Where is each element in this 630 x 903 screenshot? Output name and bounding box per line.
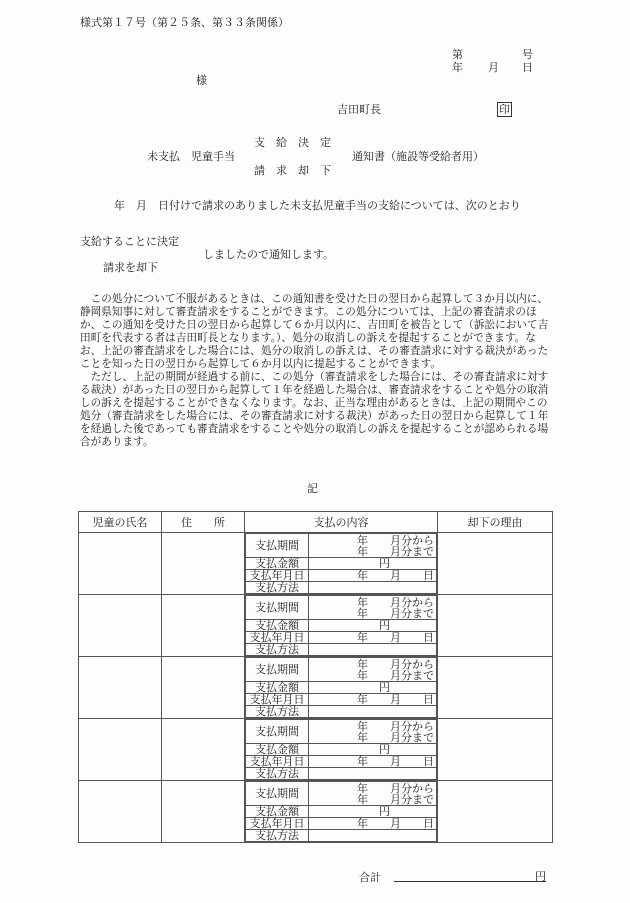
amount-value[interactable]: 円	[309, 744, 437, 756]
label-amount: 支払金額	[246, 620, 309, 632]
total-amount-field[interactable]	[394, 880, 546, 882]
payment-content-cell: 支払期間 年 月分から年 月分まで 支払金額 円 支払年月日 年 月 日 支払方…	[245, 595, 438, 657]
title-right: 通知書（施設等受給者用）	[352, 151, 484, 162]
header-child-name: 児童の氏名	[79, 512, 162, 533]
reason-cell[interactable]	[438, 533, 553, 595]
amount-value[interactable]: 円	[309, 620, 437, 632]
payment-content-cell: 支払期間 年 月分から年 月分まで 支払金額 円 支払年月日 年 月 日 支払方…	[245, 533, 438, 595]
child-name-cell[interactable]	[79, 657, 162, 719]
address-cell[interactable]	[162, 781, 245, 843]
address-cell[interactable]	[162, 595, 245, 657]
total-unit: 円	[535, 871, 546, 882]
label-amount: 支払金額	[246, 682, 309, 694]
label-method: 支払方法	[246, 768, 309, 780]
title-left: 未支払 児童手当	[147, 151, 235, 162]
address-cell[interactable]	[162, 533, 245, 595]
period-value[interactable]: 年 月分から年 月分まで	[309, 720, 437, 744]
table-header: 児童の氏名 住 所 支払の内容 却下の理由	[79, 512, 553, 533]
amount-value[interactable]: 円	[309, 806, 437, 818]
intro-line: 年 月 日付けで請求のありました未支払児童手当の支給については、次のとおり	[114, 200, 521, 211]
method-value[interactable]	[309, 582, 437, 594]
label-period: 支払期間	[246, 782, 309, 806]
child-name-cell[interactable]	[79, 781, 162, 843]
label-amount: 支払金額	[246, 806, 309, 818]
form-id: 様式第１７号（第２５条、第３３条関係）	[80, 17, 289, 28]
label-pay-date: 支払年月日	[246, 632, 309, 644]
period-value[interactable]: 年 月分から年 月分まで	[309, 596, 437, 620]
payment-content-cell: 支払期間 年 月分から年 月分まで 支払金額 円 支払年月日 年 月 日 支払方…	[245, 781, 438, 843]
amount-value[interactable]: 円	[309, 558, 437, 570]
doc-number-prefix: 第	[452, 49, 463, 60]
seal-icon: 印	[497, 102, 512, 117]
appeal-paragraph-2: ただし、上記の期間が経過する前に、この処分（審査請求をした場合には、その審査請求…	[80, 371, 550, 449]
addressee-suffix: 様	[196, 75, 207, 86]
appeal-notice: この処分について不服があるときは、この通知書を受けた日の翌日から起算して３か月以…	[80, 293, 550, 449]
child-name-cell[interactable]	[79, 595, 162, 657]
intro-option-reject: 請求を却下	[103, 262, 158, 273]
pay-date-value[interactable]: 年 月 日	[309, 818, 437, 830]
amount-value[interactable]: 円	[309, 682, 437, 694]
child-name-cell[interactable]	[79, 533, 162, 595]
ki-heading: 記	[307, 483, 318, 494]
label-method: 支払方法	[246, 706, 309, 718]
payment-table: 児童の氏名 住 所 支払の内容 却下の理由 支払期間 年 月分から年 月分まで …	[78, 511, 553, 843]
reason-cell[interactable]	[438, 719, 553, 781]
label-period: 支払期間	[246, 720, 309, 744]
label-period: 支払期間	[246, 658, 309, 682]
header-address: 住 所	[162, 512, 245, 533]
period-value[interactable]: 年 月分から年 月分まで	[309, 534, 437, 558]
table-row: 支払期間 年 月分から年 月分まで 支払金額 円 支払年月日 年 月 日 支払方…	[79, 533, 553, 595]
method-value[interactable]	[309, 644, 437, 656]
reason-cell[interactable]	[438, 595, 553, 657]
label-period: 支払期間	[246, 596, 309, 620]
title-option-reject: 請 求 却 下	[254, 165, 331, 176]
pay-date-value[interactable]: 年 月 日	[309, 632, 437, 644]
address-cell[interactable]	[162, 719, 245, 781]
child-name-cell[interactable]	[79, 719, 162, 781]
label-amount: 支払金額	[246, 744, 309, 756]
label-pay-date: 支払年月日	[246, 756, 309, 768]
pay-date-value[interactable]: 年 月 日	[309, 694, 437, 706]
payment-content-cell: 支払期間 年 月分から年 月分まで 支払金額 円 支払年月日 年 月 日 支払方…	[245, 657, 438, 719]
method-value[interactable]	[309, 768, 437, 780]
table-row: 支払期間 年 月分から年 月分まで 支払金額 円 支払年月日 年 月 日 支払方…	[79, 657, 553, 719]
date-day: 日	[522, 62, 533, 73]
header-rejection-reason: 却下の理由	[438, 512, 553, 533]
pay-date-value[interactable]: 年 月 日	[309, 756, 437, 768]
label-pay-date: 支払年月日	[246, 818, 309, 830]
date-year: 年	[452, 62, 463, 73]
table-row: 支払期間 年 月分から年 月分まで 支払金額 円 支払年月日 年 月 日 支払方…	[79, 781, 553, 843]
reason-cell[interactable]	[438, 657, 553, 719]
intro-option-decide: 支給することに決定	[80, 236, 179, 247]
pay-date-value[interactable]: 年 月 日	[309, 570, 437, 582]
table-row: 支払期間 年 月分から年 月分まで 支払金額 円 支払年月日 年 月 日 支払方…	[79, 595, 553, 657]
label-period: 支払期間	[246, 534, 309, 558]
intro-line-end: しましたので通知します。	[203, 249, 334, 260]
doc-number-suffix: 号	[522, 49, 533, 60]
appeal-paragraph-1: この処分について不服があるときは、この通知書を受けた日の翌日から起算して３か月以…	[80, 293, 550, 371]
issuer: 吉田町長	[337, 104, 381, 115]
method-value[interactable]	[309, 706, 437, 718]
reason-cell[interactable]	[438, 781, 553, 843]
method-value[interactable]	[309, 830, 437, 842]
payment-content-cell: 支払期間 年 月分から年 月分まで 支払金額 円 支払年月日 年 月 日 支払方…	[245, 719, 438, 781]
date-month: 月	[488, 62, 499, 73]
label-amount: 支払金額	[246, 558, 309, 570]
period-value[interactable]: 年 月分から年 月分まで	[309, 658, 437, 682]
table-row: 支払期間 年 月分から年 月分まで 支払金額 円 支払年月日 年 月 日 支払方…	[79, 719, 553, 781]
title-option-approve: 支 給 決 定	[254, 137, 331, 148]
label-pay-date: 支払年月日	[246, 570, 309, 582]
label-pay-date: 支払年月日	[246, 694, 309, 706]
label-method: 支払方法	[246, 582, 309, 594]
total-label: 合計	[359, 872, 381, 883]
label-method: 支払方法	[246, 644, 309, 656]
header-payment-content: 支払の内容	[245, 512, 438, 533]
address-cell[interactable]	[162, 657, 245, 719]
period-value[interactable]: 年 月分から年 月分まで	[309, 782, 437, 806]
label-method: 支払方法	[246, 830, 309, 842]
